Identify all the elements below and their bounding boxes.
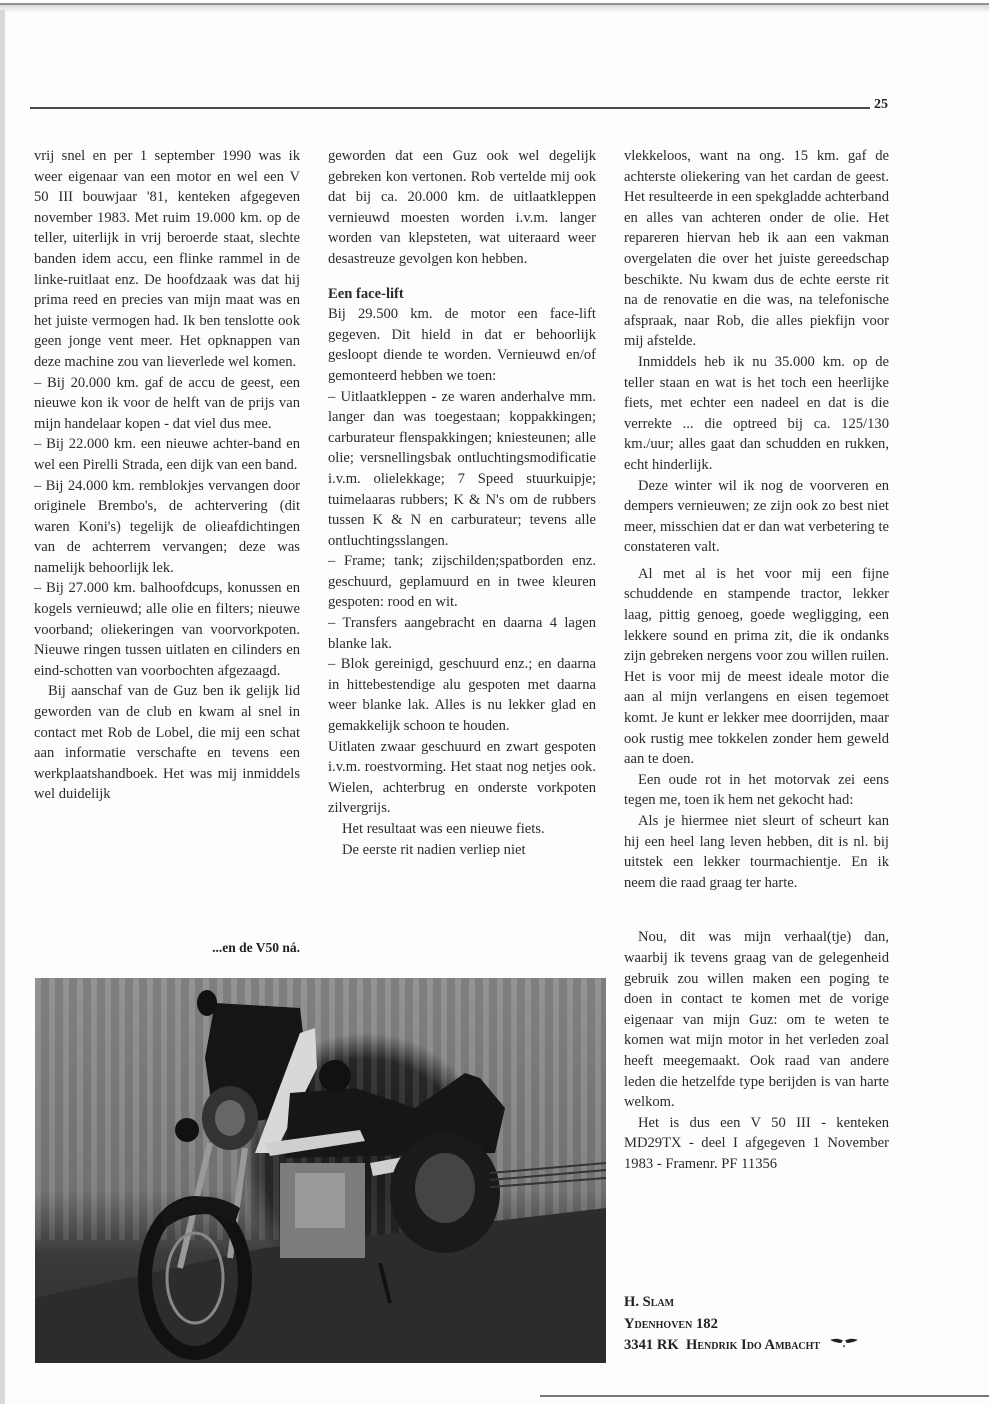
author-name: H. Slam bbox=[624, 1292, 858, 1314]
paragraph: – Bij 20.000 km. gaf de accu de geest, e… bbox=[34, 373, 300, 435]
paragraph: Al met al is het voor mij een fijne schu… bbox=[624, 564, 889, 770]
paragraph: Als je hiermee niet sleurt of scheurt ka… bbox=[624, 811, 889, 893]
paragraph: Het resultaat was een nieuwe fiets. bbox=[328, 819, 596, 840]
article-column-2: geworden dat een Guz ook wel degelijk ge… bbox=[328, 146, 596, 860]
paragraph: – Uitlaatkleppen - ze waren anderhalve m… bbox=[328, 387, 596, 552]
paragraph: geworden dat een Guz ook wel degelijk ge… bbox=[328, 146, 596, 270]
paragraph: – Frame; tank; zijschilden;spatborden en… bbox=[328, 551, 596, 613]
paragraph: – Bij 22.000 km. een nieuwe achter-band … bbox=[34, 434, 300, 475]
article-column-1: vrij snel en per 1 september 1990 was ik… bbox=[34, 146, 300, 805]
author-address-line: 3341 RK Hendrik Ido Ambacht bbox=[624, 1335, 858, 1357]
author-street: Ydenhoven 182 bbox=[624, 1314, 858, 1336]
header-rule bbox=[30, 107, 870, 109]
paragraph: Inmiddels heb ik nu 35.000 km. op de tel… bbox=[624, 352, 889, 476]
paragraph: Uitlaten zwaar geschuurd en zwart gespot… bbox=[328, 737, 596, 819]
paragraph: vlekkeloos, want na ong. 15 km. gaf de a… bbox=[624, 146, 889, 352]
paragraph: – Bij 27.000 km. balhoofdcups, konussen … bbox=[34, 578, 300, 681]
paragraph: Bij aanschaf van de Guz ben ik gelijk li… bbox=[34, 681, 300, 805]
author-city: Hendrik Ido Ambacht bbox=[686, 1337, 820, 1353]
paragraph: De eerste rit nadien verliep niet bbox=[328, 840, 596, 861]
paragraph: Deze winter wil ik nog de voorveren en d… bbox=[624, 476, 889, 558]
scan-left-edge bbox=[0, 10, 5, 1404]
paragraph: Een oude rot in het motorvak zei eens te… bbox=[624, 770, 889, 811]
motorcycle-photo bbox=[35, 978, 606, 1363]
paragraph: Nou, dit was mijn verhaal(tje) dan, waar… bbox=[624, 927, 889, 1112]
section-heading: Een face-lift bbox=[328, 284, 596, 305]
motorcycle-illustration bbox=[35, 978, 606, 1363]
paragraph: Het is dus een V 50 III - kenteken MD29T… bbox=[624, 1113, 889, 1175]
footer-rule bbox=[540, 1395, 989, 1397]
paragraph: – Blok gereinigd, geschuurd enz.; en daa… bbox=[328, 654, 596, 736]
paragraph: – Transfers aangebracht en daarna 4 lage… bbox=[328, 613, 596, 654]
moto-guzzi-eagle-icon bbox=[830, 1335, 858, 1357]
paragraph: – Bij 24.000 km. remblokjes vervangen do… bbox=[34, 476, 300, 579]
paragraph: Bij 29.500 km. de motor een face-lift ge… bbox=[328, 304, 596, 386]
photo-caption: ...en de V50 ná. bbox=[34, 940, 300, 956]
author-postcode: 3341 RK bbox=[624, 1337, 679, 1353]
paragraph: vrij snel en per 1 september 1990 was ik… bbox=[34, 146, 300, 373]
scan-top-shadow bbox=[0, 5, 989, 13]
article-column-3: vlekkeloos, want na ong. 15 km. gaf de a… bbox=[624, 146, 889, 1175]
author-signature: H. Slam Ydenhoven 182 3341 RK Hendrik Id… bbox=[624, 1292, 858, 1357]
page-number: 25 bbox=[874, 97, 888, 113]
